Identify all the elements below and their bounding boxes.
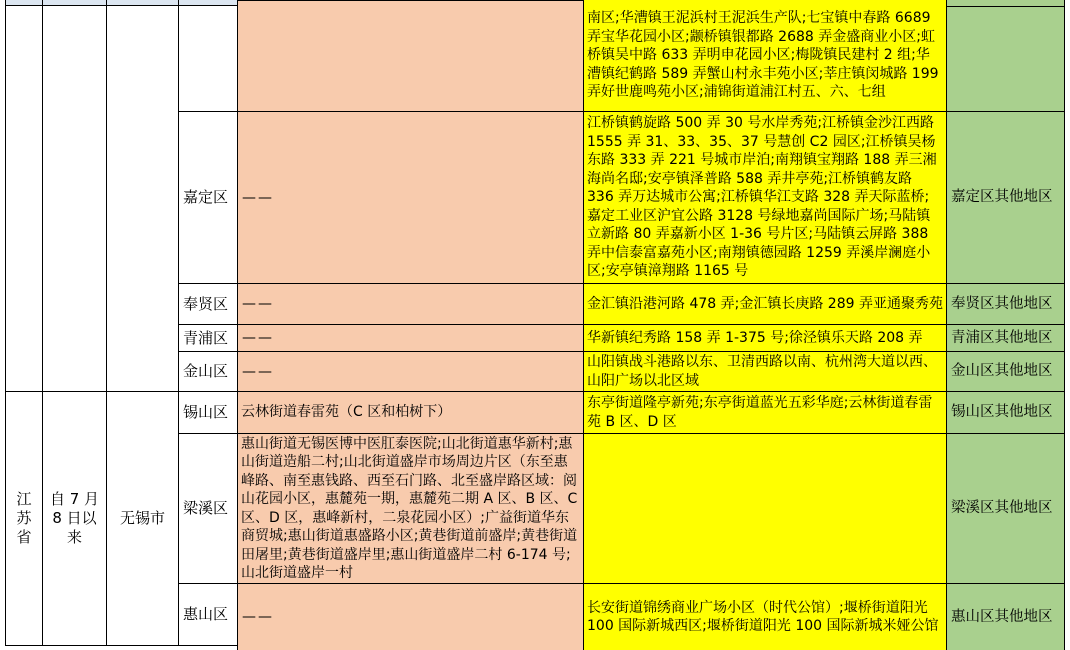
district-label: 嘉定区 (183, 188, 228, 207)
high-risk-cell: 江桥镇鹤旋路 500 弄 30 号水岸秀苑;江桥镇金沙江西路 1555 弄 31… (583, 111, 946, 283)
other-area-cell: 梁溪区其他地区 (946, 433, 1065, 583)
risk-area-table: 南区;华漕镇王泥浜村王泥浜生产队;七宝镇中春路 6689 弄宝华花园小区;颛桥镇… (0, 0, 1070, 650)
district-cell: 青浦区 (178, 324, 237, 351)
district-cell: 金山区 (178, 351, 237, 391)
district-label: 青浦区 (183, 329, 228, 348)
top-strip-other (946, 0, 1065, 7)
other-area-cell: 金山区其他地区 (946, 351, 1065, 391)
medium-risk-text: —— (242, 296, 274, 312)
other-area-cell: 惠山区其他地区 (946, 583, 1065, 650)
other-area-cell: 青浦区其他地区 (946, 324, 1065, 351)
medium-risk-text: —— (242, 190, 274, 206)
medium-risk-text: 惠山街道无锡医博中医肛泰医院;山北街道惠华新村;惠山街道造船二村;山北街道盛岸市… (241, 435, 580, 583)
medium-risk-cell: —— (237, 583, 583, 650)
province-label: 江苏省 (10, 490, 38, 547)
high-risk-text: 东亭街道隆亭新苑;东亭街道蓝光五彩华庭;云林街道春雷苑 B 区、D 区 (587, 394, 943, 431)
other-area-text: 奉贤区其他地区 (951, 295, 1053, 314)
other-area-text: 金山区其他地区 (951, 362, 1053, 381)
medium-risk-cell (237, 0, 583, 111)
period-cell-jiangsu: 自 7 月 8 日以来 (42, 391, 106, 646)
district-cell: 嘉定区 (178, 111, 237, 283)
high-risk-cell (583, 433, 946, 583)
other-area-text: 惠山区其他地区 (951, 608, 1053, 627)
district-label: 锡山区 (183, 403, 228, 422)
high-risk-text: 南区;华漕镇王泥浜村王泥浜生产队;七宝镇中春路 6689 弄宝华花园小区;颛桥镇… (587, 9, 943, 102)
district-cell: 奉贤区 (178, 283, 237, 324)
district-cell (178, 6, 237, 111)
high-risk-text: 山阳镇战斗港路以东、卫清西路以南、杭州湾大道以西、山阳广场以北区域 (587, 353, 943, 390)
district-label: 奉贤区 (183, 295, 228, 314)
high-risk-cell: 东亭街道隆亭新苑;东亭街道蓝光五彩华庭;云林街道春雷苑 B 区、D 区 (583, 391, 946, 433)
district-cell: 惠山区 (178, 583, 237, 646)
medium-risk-text: —— (242, 609, 274, 625)
medium-risk-cell: —— (237, 324, 583, 351)
medium-risk-cell: 惠山街道无锡医博中医肛泰医院;山北街道惠华新村;惠山街道造船二村;山北街道盛岸市… (237, 433, 583, 583)
city-cell-shanghai (106, 6, 178, 391)
province-cell-jiangsu: 江苏省 (5, 391, 42, 646)
period-label: 自 7 月 8 日以来 (47, 490, 102, 547)
high-risk-cell: 长安街道锦绣商业广场小区（时代公馆）;堰桥街道阳光 100 国际新城西区;堰桥街… (583, 583, 946, 650)
other-area-cell: 锡山区其他地区 (946, 391, 1065, 433)
city-label: 无锡市 (120, 509, 165, 528)
medium-risk-cell: —— (237, 283, 583, 324)
medium-risk-cell: —— (237, 111, 583, 283)
district-label: 梁溪区 (183, 499, 228, 518)
district-label: 金山区 (183, 362, 228, 381)
district-label: 惠山区 (183, 605, 228, 624)
high-risk-text: 华新镇纪秀路 158 弄 1-375 号;徐泾镇乐天路 208 弄 (587, 329, 923, 348)
medium-risk-text: 云林街道春雷苑（C 区和柏树下） (241, 403, 451, 422)
district-cell: 锡山区 (178, 391, 237, 433)
high-risk-cell: 金汇镇沿港河路 478 弄;金汇镇长庚路 289 弄亚通聚秀苑 (583, 283, 946, 324)
high-risk-text: 江桥镇鹤旋路 500 弄 30 号水岸秀苑;江桥镇金沙江西路 1555 弄 31… (587, 114, 943, 281)
high-risk-text: 长安街道锦绣商业广场小区（时代公馆）;堰桥街道阳光 100 国际新城西区;堰桥街… (587, 599, 943, 636)
high-risk-cell: 华新镇纪秀路 158 弄 1-375 号;徐泾镇乐天路 208 弄 (583, 324, 946, 351)
other-area-text: 青浦区其他地区 (951, 329, 1053, 348)
province-cell-shanghai (5, 6, 42, 391)
other-area-text: 嘉定区其他地区 (951, 188, 1053, 207)
high-risk-text: 金汇镇沿港河路 478 弄;金汇镇长庚路 289 弄亚通聚秀苑 (587, 295, 943, 314)
medium-risk-text: —— (242, 364, 274, 380)
other-area-cell (946, 7, 1065, 111)
other-area-cell: 奉贤区其他地区 (946, 283, 1065, 324)
other-area-text: 锡山区其他地区 (951, 403, 1053, 422)
high-risk-cell: 山阳镇战斗港路以东、卫清西路以南、杭州湾大道以西、山阳广场以北区域 (583, 351, 946, 391)
medium-risk-cell: 云林街道春雷苑（C 区和柏树下） (237, 391, 583, 433)
other-area-cell: 嘉定区其他地区 (946, 111, 1065, 283)
medium-risk-text: —— (242, 330, 274, 346)
district-cell: 梁溪区 (178, 433, 237, 583)
other-area-text: 梁溪区其他地区 (951, 499, 1053, 518)
city-cell-wuxi: 无锡市 (106, 391, 178, 646)
period-cell-shanghai (42, 6, 106, 391)
high-risk-cell: 南区;华漕镇王泥浜村王泥浜生产队;七宝镇中春路 6689 弄宝华花园小区;颛桥镇… (583, 0, 946, 111)
medium-risk-cell: —— (237, 351, 583, 391)
